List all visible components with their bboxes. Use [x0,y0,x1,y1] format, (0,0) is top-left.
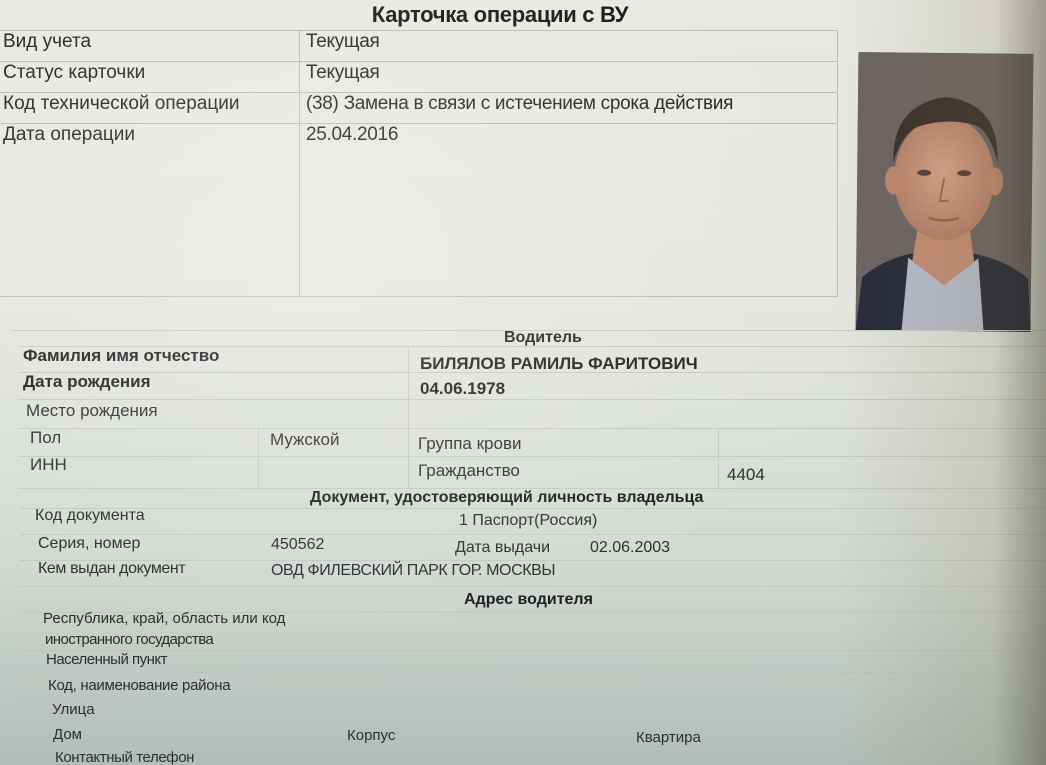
field-label-blood-group: Группа крови [418,434,521,454]
field-value-issued-by: ОВД ФИЛЕВСКИЙ ПАРК ГОР. МОСКВЫ [271,562,555,580]
field-label-full-name: Фамилия имя отчество [23,346,219,366]
table-row: Код технической операции (38) Замена в с… [0,93,838,124]
field-label-building: Корпус [347,727,395,744]
field-value-operation-date: 25.04.2016 [300,124,838,297]
field-label-district: Код, наименование района [48,677,230,694]
divider [20,672,1046,673]
page-title: Карточка операции с ВУ [0,2,1000,28]
field-label-document-code: Код документа [35,507,145,525]
field-label-citizenship: Гражданство [418,461,520,481]
divider [718,428,719,488]
field-label-birth-date: Дата рождения [23,372,151,392]
section-heading-driver: Водитель [504,329,582,347]
field-label-card-status: Статус карточки [0,62,300,93]
section-heading-address: Адрес водителя [464,591,593,609]
divider [20,508,1046,509]
field-value-account-type: Текущая [300,31,838,62]
field-label-region-line2: иностранного государства [45,631,213,648]
field-value-operation-code: (38) Замена в связи с истечением срока д… [300,93,838,124]
table-row: Статус карточки Текущая [0,62,838,93]
field-label-region: Республика, край, область или код [43,610,285,627]
divider [20,650,1046,651]
field-value-card-status: Текущая [300,62,838,93]
field-label-operation-date: Дата операции [0,124,300,297]
field-label-series-number: Серия, номер [38,535,140,553]
owner-photo [856,52,1034,332]
field-label-issue-date: Дата выдачи [455,539,550,557]
field-label-sex: Пол [30,428,61,448]
field-value-sex: Мужской [270,430,340,450]
table-row: Дата операции 25.04.2016 [0,124,838,297]
person-photo-icon [856,52,1034,332]
divider [18,428,1046,429]
divider [20,722,1046,723]
divider [20,586,1046,587]
field-label-operation-code: Код технической операции [0,93,300,124]
divider [20,699,1046,700]
field-label-birth-place: Место рождения [26,401,158,421]
field-value-birth-date: 04.06.1978 [420,379,505,399]
divider [20,746,1046,747]
field-label-street: Улица [52,701,95,718]
field-label-locality: Населенный пункт [46,651,167,668]
field-label-house: Дом [53,726,82,743]
field-label-apartment: Квартира [636,729,701,746]
table-row: Вид учета Текущая [0,31,838,62]
operation-card-table: Вид учета Текущая Статус карточки Текуща… [0,30,838,297]
divider [18,399,1046,400]
field-value-citizenship: 4404 [727,465,765,485]
divider [18,456,1046,457]
field-label-inn: ИНН [30,455,67,475]
divider [258,428,259,488]
divider [408,346,409,488]
field-label-account-type: Вид учета [0,31,300,62]
section-heading-identity-document: Документ, удостоверяющий личность владел… [310,489,703,507]
field-value-document-code: 1 Паспорт(Россия) [459,512,597,530]
divider [20,534,1046,535]
field-value-full-name: БИЛЯЛОВ РАМИЛЬ ФАРИТОВИЧ [420,354,698,374]
divider [18,372,1046,373]
field-label-issued-by: Кем выдан документ [38,560,185,578]
field-value-series-number: 450562 [271,536,324,554]
field-label-contact-phone: Контактный телефон [55,749,194,765]
field-value-issue-date: 02.06.2003 [590,539,670,557]
